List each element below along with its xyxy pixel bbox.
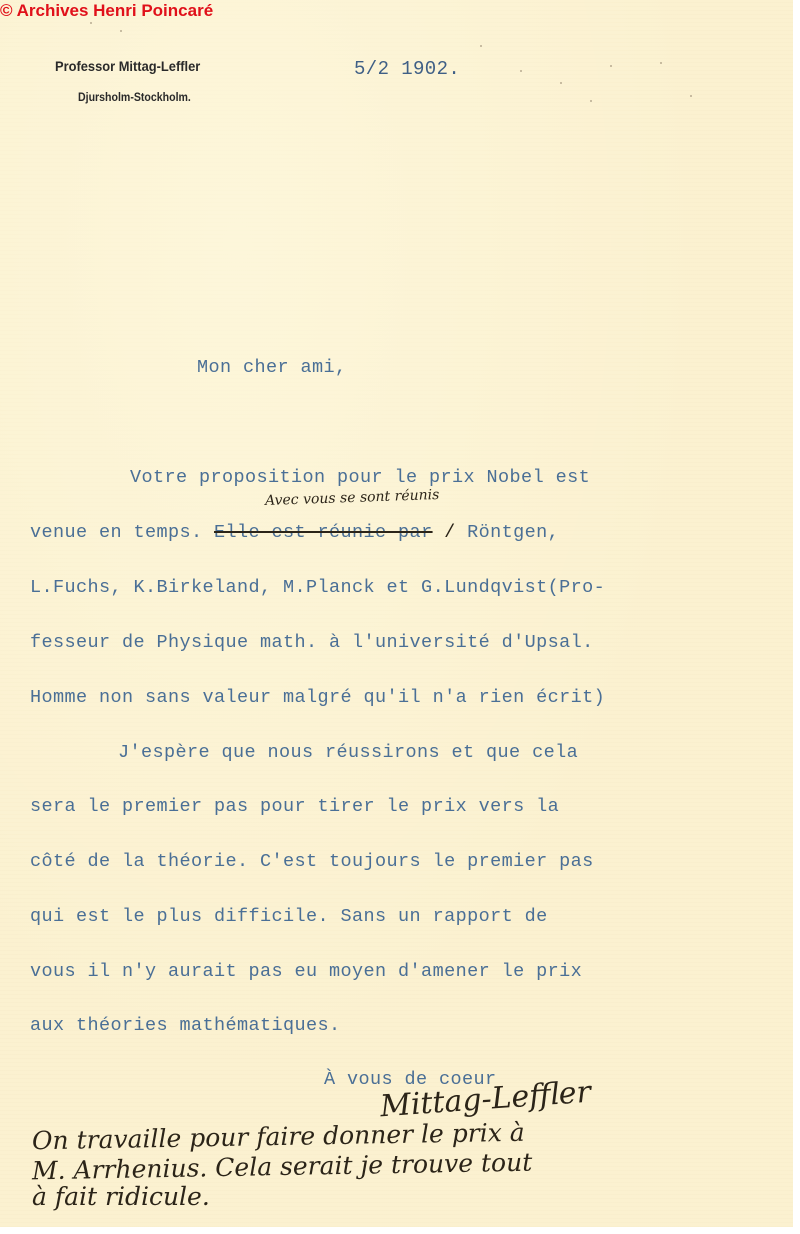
letter-date: 5/2 1902. <box>354 58 460 80</box>
body-line: qui est le plus difficile. Sans un rappo… <box>30 906 548 927</box>
body-line: Homme non sans valeur malgré qu'il n'a r… <box>30 687 605 708</box>
letterhead-address: Djursholm-Stockholm. <box>78 92 191 104</box>
body-line: sera le premier pas pour tirer le prix v… <box>30 796 559 817</box>
struck-text: Elle est réunie par <box>214 522 433 543</box>
postscript-line: à fait ridicule. <box>32 1182 210 1211</box>
handwritten-insertion: Avec vous se sont réunis <box>265 487 440 509</box>
body-text: Röntgen, <box>467 522 559 543</box>
body-line: L.Fuchs, K.Birkeland, M.Planck et G.Lund… <box>30 577 605 598</box>
body-line: aux théories mathématiques. <box>30 1015 341 1036</box>
letterhead-name: Professor Mittag-Leffler <box>55 58 200 74</box>
body-line: venue en temps. Elle est réunie par / Rö… <box>30 522 559 543</box>
body-line: côté de la théorie. C'est toujours le pr… <box>30 851 594 872</box>
body-line: vous il n'y aurait pas eu moyen d'amener… <box>30 961 582 982</box>
salutation: Mon cher ami, <box>197 357 347 378</box>
body-line: J'espère que nous réussirons et que cela <box>118 742 578 763</box>
body-text: venue en temps. <box>30 522 214 543</box>
copyright-watermark: © Archives Henri Poincaré <box>0 0 213 22</box>
body-line: Votre proposition pour le prix Nobel est <box>130 467 590 488</box>
letter-paper: Professor Mittag-Leffler Djursholm-Stock… <box>0 0 793 1227</box>
body-line: fesseur de Physique math. à l'université… <box>30 632 594 653</box>
